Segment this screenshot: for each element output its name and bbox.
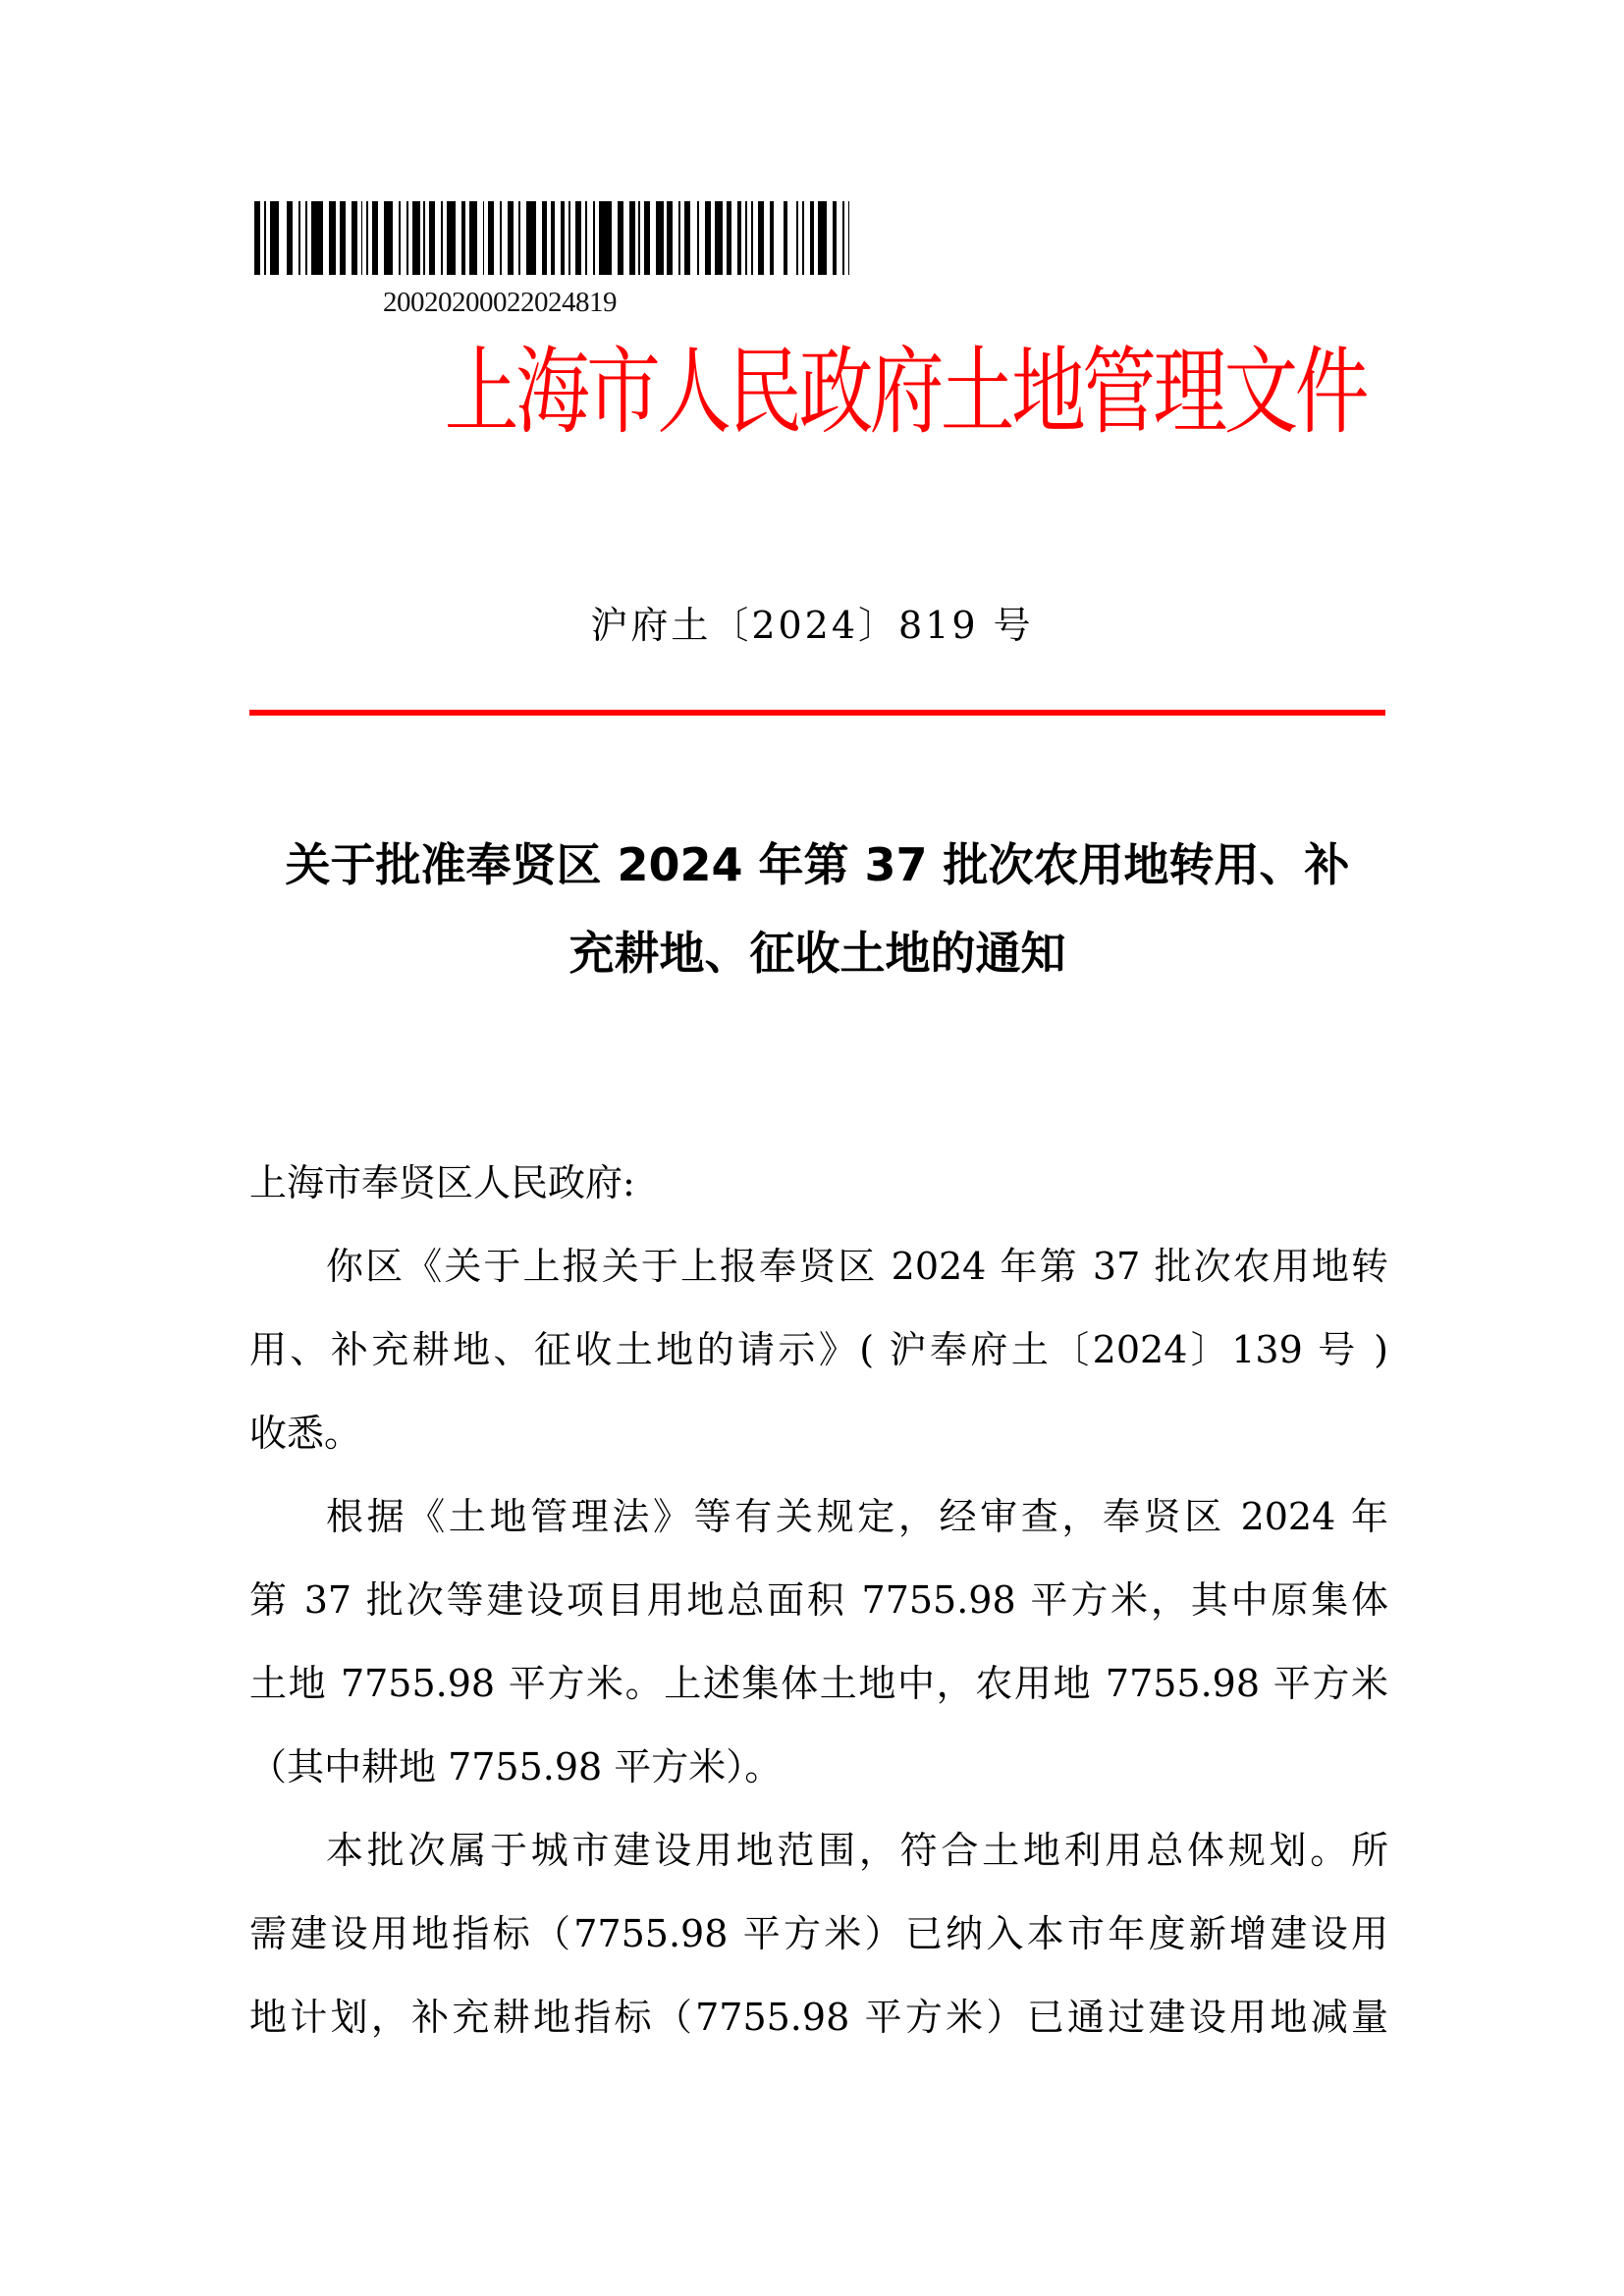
barcode-space	[774, 201, 784, 275]
salutation: 上海市奉贤区人民政府:	[249, 1142, 1388, 1225]
barcode-bar	[469, 201, 477, 275]
barcode-number: 20020200022024819	[383, 287, 697, 318]
title-line-2: 充耕地、征收土地的通知	[249, 909, 1385, 997]
paragraph-line: （其中耕地 7755.98 平方米）。	[249, 1726, 1388, 1809]
title-line-1: 关于批准奉贤区 2024 年第 37 批次农用地转用、补	[249, 821, 1385, 909]
barcode-bar	[329, 201, 337, 275]
barcode-bar	[384, 201, 394, 275]
paragraph-line: 根据《土地管理法》等有关规定，经审查，奉贤区 2024 年	[249, 1475, 1388, 1559]
document-title: 关于批准奉贤区 2024 年第 37 批次农用地转用、补 充耕地、征收土地的通知	[249, 821, 1385, 997]
paragraph-3: 本批次属于城市建设用地范围，符合土地利用总体规划。所 需建设用地指标（7755.…	[249, 1809, 1388, 2059]
document-body: 上海市奉贤区人民政府: 你区《关于上报关于上报奉贤区 2024 年第 37 批次…	[249, 1142, 1388, 2059]
barcode-space	[787, 201, 797, 275]
paragraph-1: 你区《关于上报关于上报奉贤区 2024 年第 37 批次农用地转 用、补充耕地、…	[249, 1225, 1388, 1475]
masthead-title: 上海市人民政府土地管理文件	[445, 332, 1205, 453]
document-number: 沪府土〔2024〕819 号	[0, 601, 1624, 650]
barcode-bar	[599, 201, 613, 275]
barcode-bar	[848, 201, 850, 275]
barcode-bar	[526, 201, 536, 275]
barcode-bar	[447, 201, 457, 275]
red-divider-rule	[249, 710, 1385, 716]
paragraph-line: 第 37 批次等建设项目用地总面积 7755.98 平方米，其中原集体	[249, 1559, 1388, 1642]
paragraph-line: 土地 7755.98 平方米。上述集体土地中，农用地 7755.98 平方米	[249, 1642, 1388, 1726]
paragraph-line: 地计划，补充耕地指标（7755.98 平方米）已通过建设用地减量	[249, 1976, 1388, 2059]
paragraph-line: 收悉。	[249, 1392, 1388, 1475]
paragraph-line: 本批次属于城市建设用地范围，符合土地利用总体规划。所	[249, 1809, 1388, 1893]
paragraph-line: 你区《关于上报关于上报奉贤区 2024 年第 37 批次农用地转	[249, 1225, 1388, 1308]
barcode-space	[690, 201, 698, 275]
paragraph-2: 根据《土地管理法》等有关规定，经审查，奉贤区 2024 年 第 37 批次等建设…	[249, 1475, 1388, 1809]
paragraph-line: 需建设用地指标（7755.98 平方米）已纳入本市年度新增建设用	[249, 1893, 1388, 1976]
barcode-image	[254, 201, 850, 275]
document-page: 20020200022024819 上海市人民政府土地管理文件 沪府土〔2024…	[0, 0, 1624, 2296]
barcode-bar	[818, 201, 828, 275]
barcode-bar	[412, 201, 420, 275]
barcode-bar	[311, 201, 323, 275]
barcode-bar	[270, 201, 280, 275]
barcode-bar	[715, 201, 723, 275]
barcode-space	[279, 201, 287, 275]
paragraph-line: 用、补充耕地、征收土地的请示》( 沪奉府土〔2024〕139 号 )	[249, 1308, 1388, 1392]
barcode-bar	[656, 201, 664, 275]
